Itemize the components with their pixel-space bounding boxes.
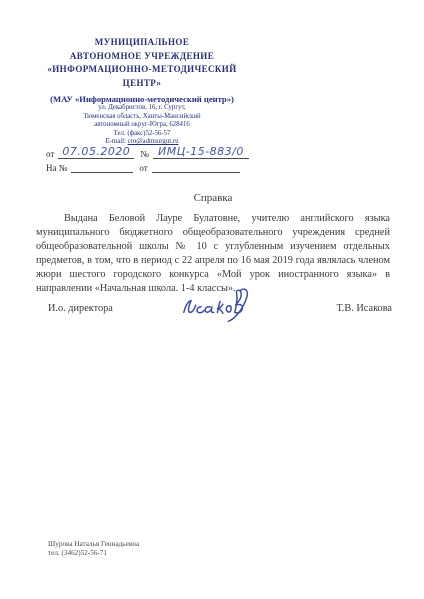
outgoing-ref-row: от 07.05.2020 № ИМЦ-15-883/0 (46, 146, 276, 159)
document-body: Выдана Беловой Лауре Булатовне, учителю … (36, 212, 390, 296)
letterhead: МУНИЦИПАЛЬНОЕ АВТОНОМНОЕ УЧРЕЖДЕНИЕ «ИНФ… (14, 36, 270, 147)
reply-to-label: На № (46, 163, 71, 173)
incoming-ref-row: На № от (46, 160, 276, 173)
org-name-line: АВТОНОМНОЕ УЧРЕЖДЕНИЕ (14, 50, 270, 64)
executor-name: Шурова Наталья Геннадьевна (48, 540, 139, 549)
reply-from-label: от (139, 163, 151, 173)
handwritten-date: 07.05.2020 (62, 145, 130, 158)
org-name-line: «ИНФОРМАЦИОННО-МЕТОДИЧЕСКИЙ (14, 63, 270, 77)
from-label: от (46, 149, 58, 159)
address-line: Тел. (факс)52-56-57 (14, 130, 270, 139)
org-name-line: ЦЕНТР» (14, 77, 270, 91)
org-short-name: (МАУ «Информационно-методический центр») (14, 94, 270, 104)
number-field: ИМЦ-15-883/0 (153, 146, 249, 159)
executor-phone: тел. (3462)52-56-71 (48, 549, 139, 558)
handwritten-number: ИМЦ-15-883/0 (158, 145, 244, 158)
address-line: ул. Декабристов, 16, г. Сургут, (14, 104, 270, 113)
date-field: 07.05.2020 (58, 146, 134, 159)
reference-block: от 07.05.2020 № ИМЦ-15-883/0 На № от (46, 146, 276, 173)
reply-date-field (152, 172, 240, 173)
reply-number-field (71, 172, 133, 173)
number-label: № (140, 149, 153, 159)
handwritten-signature (176, 286, 268, 326)
scanned-reference-letter: МУНИЦИПАЛЬНОЕ АВТОНОМНОЕ УЧРЕЖДЕНИЕ «ИНФ… (0, 0, 424, 599)
address-line: автономный округ-Югра, 628416 (14, 121, 270, 130)
signer-position: И.о. директора (48, 303, 113, 314)
org-name-line: МУНИЦИПАЛЬНОЕ (14, 36, 270, 50)
executor-info: Шурова Наталья Геннадьевна тел. (3462)52… (48, 540, 139, 558)
signer-name: Т.В. Исакова (337, 303, 392, 314)
document-title: Справка (36, 192, 390, 204)
address-line: Тюменская область, Ханты-Мансийский (14, 113, 270, 122)
